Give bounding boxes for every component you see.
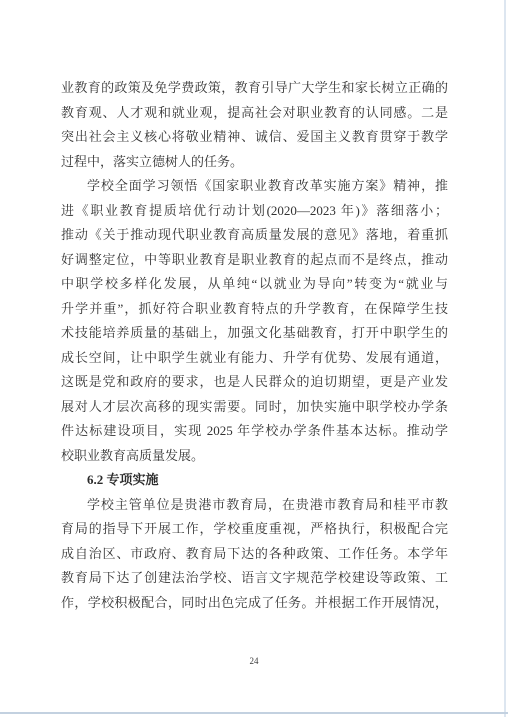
text-line: 进《职业教育提质培优行动计划(2020—2023 年)》落细落小； [61, 199, 448, 224]
text-line: 教育局下达了创建法治学校、语言文字规范学校建设等政策、工 [61, 566, 448, 591]
text-line: 好调整定位，中等职业教育是职业教育的起点而不是终点，推动 [61, 248, 448, 273]
text-line: 业教育的政策及免学费政策，教育引导广大学生和家长树立正确的 [61, 76, 448, 101]
page-number: 24 [0, 656, 508, 667]
text-line: 展对人才层次高移的现实需要。同时，加快实施中职学校办学条 [61, 395, 448, 420]
text-line: 育局的指导下开展工作，学校重度重视，严格执行，积极配合完 [61, 517, 448, 542]
text-line: 过程中，落实立德树人的任务。 [61, 150, 448, 175]
text-line: 术技能培养质量的基础上，加强文化基础教育，打开中职学生的 [61, 321, 448, 346]
document-text-block: 业教育的政策及免学费政策，教育引导广大学生和家长树立正确的教育观、人才观和就业观… [61, 76, 448, 615]
text-line: 推动《关于推动现代职业教育高质量发展的意见》落地，着重抓 [61, 223, 448, 248]
page-edge-bottom [0, 712, 508, 714]
text-line: 成长空间，让中职学生就业有能力、升学有优势、发展有通道， [61, 346, 448, 371]
text-line: 成自治区、市政府、教育局下达的各种政策、工作任务。本学年 [61, 542, 448, 567]
text-line: 件达标建设项目，实现 2025 年学校办学条件基本达标。推动学 [61, 419, 448, 444]
section-heading: 6.2 专项实施 [61, 468, 448, 493]
page-edge-right [504, 0, 506, 717]
text-line: 升学并重”，抓好符合职业教育特点的升学教育，在保障学生技 [61, 297, 448, 322]
text-line: 学校全面学习领悟《国家职业教育改革实施方案》精神，推 [61, 174, 448, 199]
text-line: 教育观、人才观和就业观，提高社会对职业教育的认同感。二是 [61, 101, 448, 126]
text-line: 中职学校多样化发展，从单纯“以就业为导向”转变为“就业与 [61, 272, 448, 297]
text-line: 学校主管单位是贵港市教育局，在贵港市教育局和桂平市教 [61, 493, 448, 518]
document-page: 业教育的政策及免学费政策，教育引导广大学生和家长树立正确的教育观、人才观和就业观… [0, 0, 508, 717]
text-line: 突出社会主义核心将敬业精神、诚信、爱国主义教育贯穿于教学 [61, 125, 448, 150]
text-line: 作，学校积极配合，同时出色完成了任务。并根据工作开展情况， [61, 591, 448, 616]
text-line: 校职业教育高质量发展。 [61, 444, 448, 469]
text-line: 这既是党和政府的要求，也是人民群众的迫切期望，更是产业发 [61, 370, 448, 395]
